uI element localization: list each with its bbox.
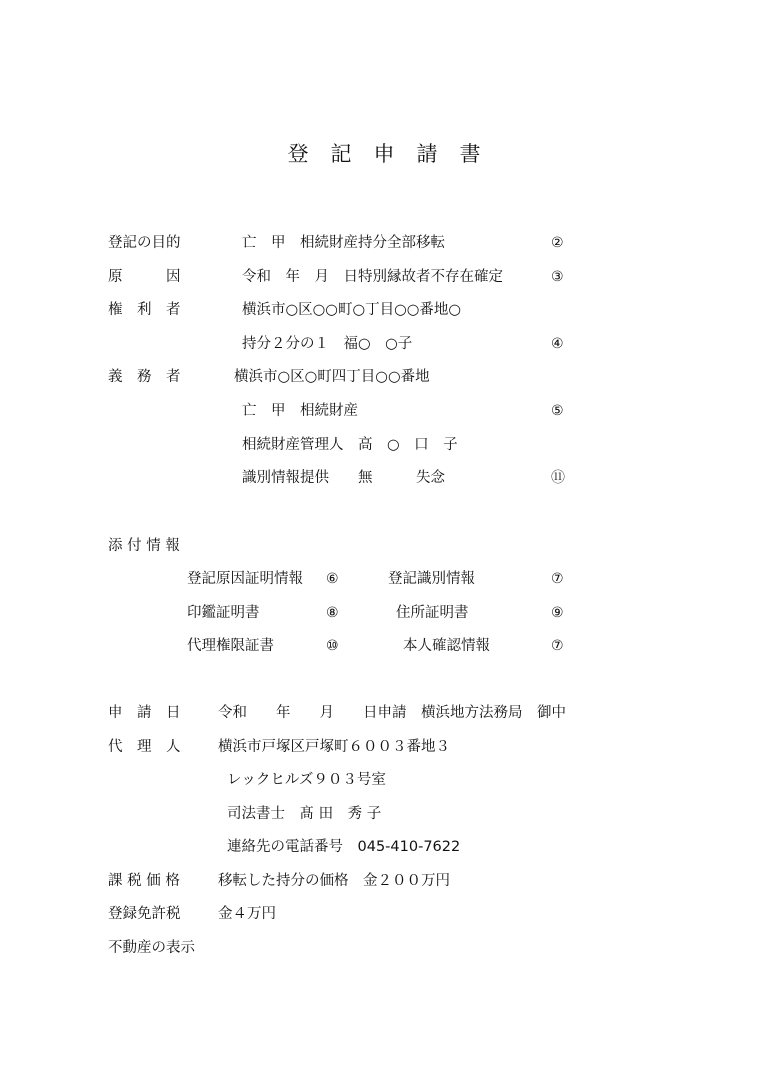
right-holder-share: 持分２分の１ 福○ ○子 [242,335,412,353]
right-holder-label: 権 利 者 [108,301,181,319]
tax-base-value: 移転した持分の価格 金２００万円 [218,872,450,890]
registration-tax-label: 登録免許税 [108,905,181,923]
agent-address1: 横浜市戸塚区戸塚町６００３番地３ [218,738,450,756]
attachment-mark: ⑥ [326,570,339,588]
attachment-item: 代理権限証書 [187,637,274,655]
obligor-address: 横浜市○区○町四丁目○○番地 [234,368,430,386]
attachment-item: 印鑑証明書 [187,604,260,622]
right-holder-mark: ④ [551,335,564,353]
cause-value: 令和 年 月 日特別縁故者不存在確定 [242,268,503,286]
registration-tax-value: 金４万円 [218,905,276,923]
agent-label: 代 理 人 [108,738,181,756]
purpose-label: 登記の目的 [108,234,181,252]
obligor-id-info: 識別情報提供 無 失念 [242,469,445,487]
attachment-mark: ⑦ [551,570,564,588]
tax-base-label: 課 税 価 格 [108,872,180,890]
purpose-value: 亡 甲 相続財産持分全部移転 [242,234,445,252]
obligor-estate: 亡 甲 相続財産 [242,402,358,420]
agent-phone: 連絡先の電話番号 045-410-7622 [227,838,460,856]
obligor-id-mark: ⑪ [551,469,565,487]
property-label: 不動産の表示 [108,939,195,957]
agent-address2: レックヒルズ９０３号室 [227,771,386,789]
obligor-estate-mark: ⑤ [551,402,564,420]
cause-mark: ③ [551,268,564,286]
attachment-item: 登記原因証明情報 [187,570,303,588]
attachment-mark: ⑧ [326,604,339,622]
document-title: 登記申請書 [0,138,768,168]
cause-label: 原 因 [108,268,181,286]
attachment-mark: ⑨ [551,604,564,622]
attachment-mark: ⑩ [326,637,339,655]
attachment-item: 登記識別情報 [388,570,475,588]
obligor-manager: 相続財産管理人 高 ○ 口 子 [242,436,458,454]
obligor-label: 義 務 者 [108,368,181,386]
attachment-mark: ⑦ [551,637,564,655]
attachment-item: 本人確認情報 [403,637,490,655]
attachments-heading: 添 付 情 報 [108,537,180,555]
purpose-mark: ② [551,234,564,252]
agent-name: 司法書士 髙 田 秀 子 [227,805,381,823]
attachment-item: 住所証明書 [396,604,469,622]
application-date-value: 令和 年 月 日申請 横浜地方法務局 御中 [218,704,566,722]
right-holder-address: 横浜市○区○○町○丁目○○番地○ [242,301,461,319]
application-date-label: 申 請 日 [108,704,181,722]
